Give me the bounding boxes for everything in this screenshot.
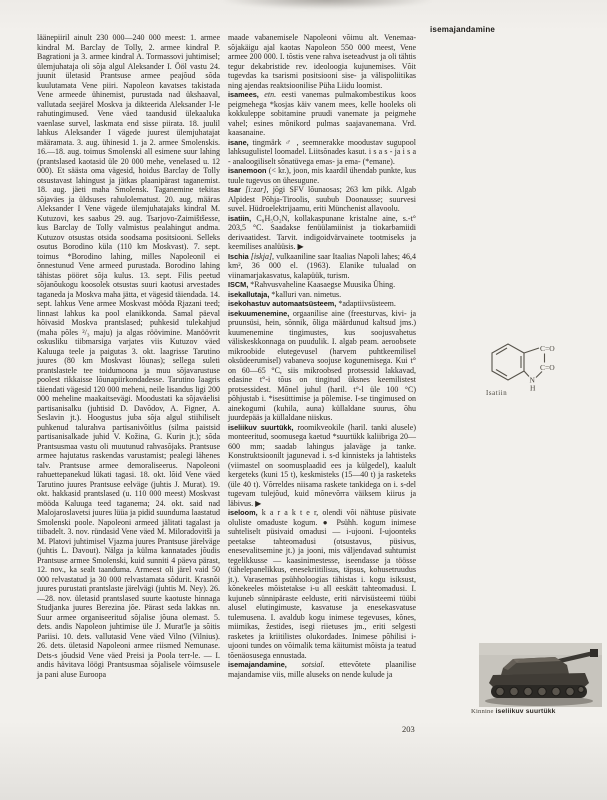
entry-isamees: isamees, etn. eesti vanemas pulmakombest…: [228, 90, 416, 138]
entry-body: k a r a k t e r, olendi või nähtuse püsi…: [228, 508, 416, 660]
scan-smudge-artifact: [222, 0, 432, 9]
chemical-structure-icon: C=O C=O N H: [484, 339, 592, 391]
headword: isamees,: [228, 90, 264, 99]
entry-body: C₈H₅O₂N, kollakaspunane kristalne aine, …: [228, 214, 416, 252]
entry-body: roomikveokile (haril. tanki alusele) mon…: [228, 423, 416, 508]
isatin-caption: Isatiin: [486, 390, 507, 397]
entry-isar: Isar [i:zar], jõgi SFV lõunaosas; 263 km…: [228, 185, 416, 214]
entry-body: *Rahvusvaheline Kaasaegse Muusika Ühing.: [250, 280, 395, 289]
tank-caption: Kinnine iseliikuv suurtükk: [471, 708, 605, 715]
carbonyl-label-bottom: C=O: [540, 363, 555, 372]
entry-iseloom: iseloom, k a r a k t e r, olendi või näh…: [228, 508, 416, 660]
headword: isekuumenemine,: [228, 309, 293, 318]
pronunciation: [iskja],: [251, 252, 276, 261]
entry-field-label: etn.: [264, 90, 281, 99]
entry-body: orgaanilise aine (freesturvas, kivi- ja …: [228, 309, 416, 423]
entry-isekallutaja: isekallutaja, *kalluri van. nimetus.: [228, 290, 416, 300]
entry-field-label: sotsial.: [302, 660, 340, 669]
left-column: läänepiiril ainult 230 000—240 000 meest…: [37, 33, 220, 679]
entry-ischia: Ischia [iskja], vulkaaniline saar Itaali…: [228, 252, 416, 281]
entry-body: *adaptiivsüsteem.: [338, 299, 396, 308]
headword: Isar: [228, 185, 245, 194]
headword: isane,: [228, 138, 252, 147]
carbonyl-label-top: C=O: [540, 344, 555, 353]
headword: isekohastuv automaatsüsteem,: [228, 299, 338, 308]
headword: ISCM,: [228, 280, 250, 289]
running-head: isemajandamine: [430, 25, 495, 34]
headword: isekallutaja,: [228, 290, 271, 299]
entry-body: tingmärk ♂ , seemnerakke moodustav sugup…: [228, 138, 416, 166]
entry-isane: isane, tingmärk ♂ , seemnerakke moodusta…: [228, 138, 416, 167]
tank-caption-prefix: Kinnine: [471, 708, 496, 715]
tank-photo-graphic: [479, 643, 602, 707]
isatin-structure-figure: C=O C=O N H: [484, 339, 592, 396]
headword: iseliikuv suurtükk,: [228, 423, 297, 432]
entry-isatiin: isatiin, C₈H₅O₂N, kollakaspunane kristal…: [228, 214, 416, 252]
entry-body: *kalluri van. nimetus.: [271, 290, 341, 299]
hydrogen-label: H: [530, 384, 536, 392]
right-column: maade vabanemisele Napoleoni võimu alt. …: [228, 33, 416, 679]
headword: isatiin,: [228, 214, 256, 223]
article-continuation-right: maade vabanemisele Napoleoni võimu alt. …: [228, 33, 416, 90]
headword: Ischia: [228, 252, 251, 261]
article-continuation-left: läänepiiril ainult 230 000—240 000 meest…: [37, 33, 220, 679]
headword: isemajandamine,: [228, 660, 302, 669]
entry-isekohastuv-automaatsusteem: isekohastuv automaatsüsteem, *adaptiivsü…: [228, 299, 416, 309]
entry-isemajandamine: isemajandamine, sotsial. ettevõtete plaa…: [228, 660, 416, 679]
tank-caption-bold: iseliikuv suurtükk: [496, 708, 556, 715]
self-propelled-gun-photo: [479, 643, 602, 712]
entry-isanemoon: isanemoon (< kr.), joon, mis kaardil ühe…: [228, 166, 416, 185]
pronunciation: [i:zar],: [245, 185, 273, 194]
headword: iseloom,: [228, 508, 262, 517]
entry-iscm: ISCM, *Rahvusvaheline Kaasaegse Muusika …: [228, 280, 416, 290]
entry-iseliikuv-suurtukk: iseliikuv suurtükk, roomikveokile (haril…: [228, 423, 416, 509]
headword: isanemoon: [228, 166, 269, 175]
page: { "page": { "running_head": "isemajandam…: [0, 0, 607, 800]
entry-isekuumenemine: isekuumenemine, orgaanilise aine (freest…: [228, 309, 416, 423]
page-number: 203: [402, 724, 415, 734]
